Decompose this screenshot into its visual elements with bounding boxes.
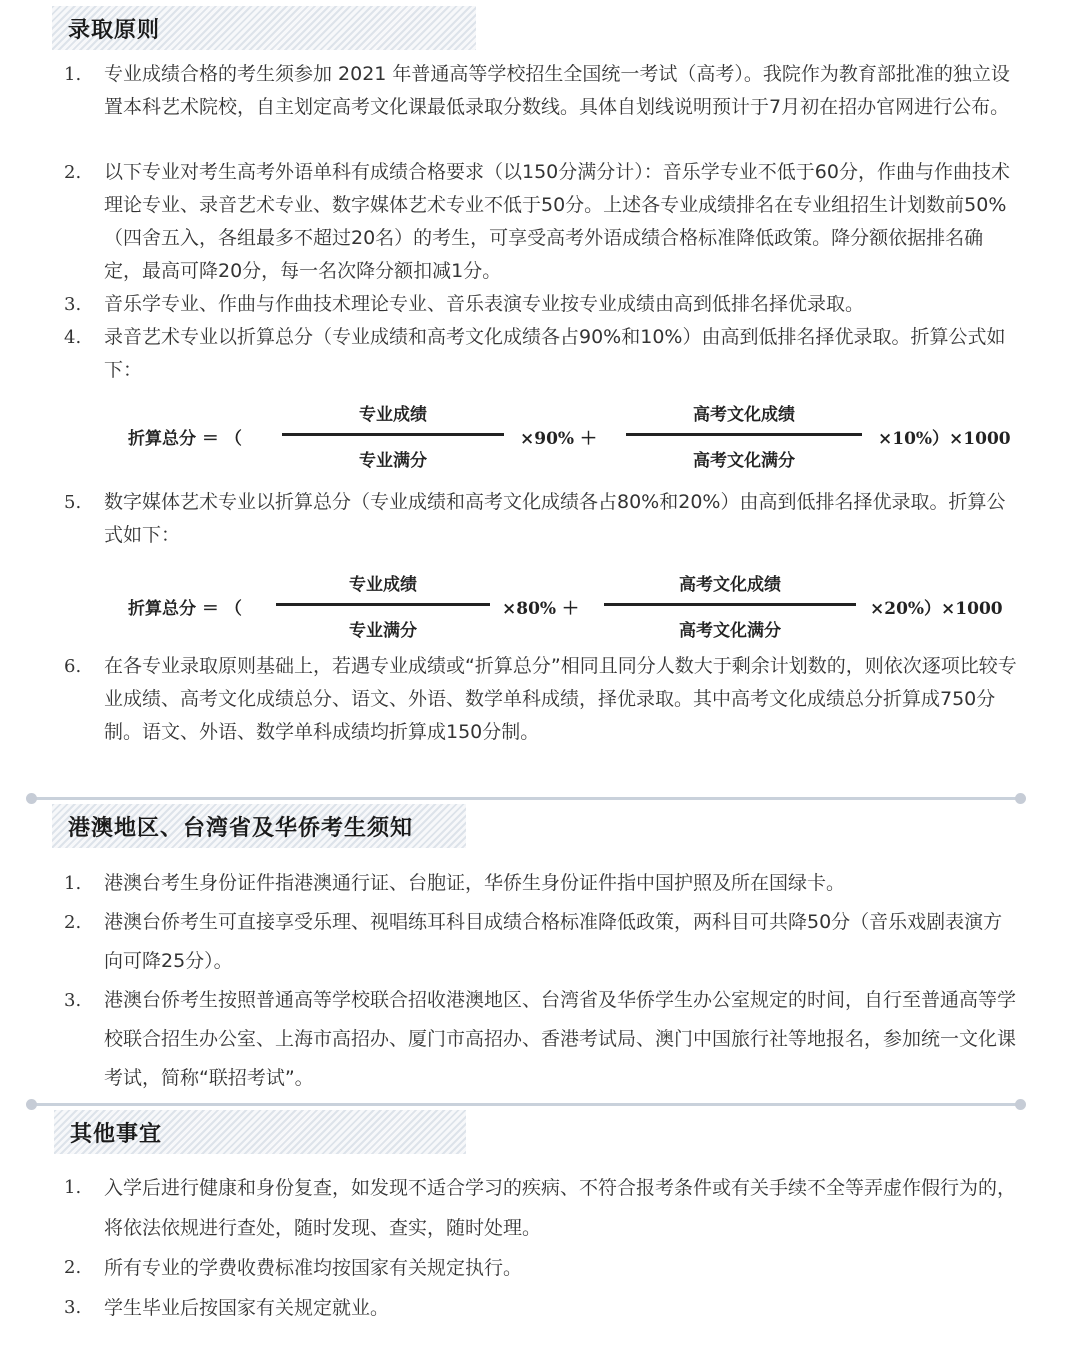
section-title: 录取原则 <box>52 13 160 44</box>
section-header-other-matters: 其他事宜 <box>54 1110 466 1154</box>
formula-operator: ×20%）×1000 <box>870 594 1003 619</box>
section-title: 其他事宜 <box>54 1117 162 1148</box>
item-text: 港澳台侨考生可直接享受乐理、视唱练耳科目成绩合格标准降低政策，两科目可共降50分… <box>104 911 1002 972</box>
fraction-bar <box>626 433 862 436</box>
list-item: 3. 学生毕业后按国家有关规定就业。 <box>64 1288 1020 1328</box>
section-divider <box>30 1103 1022 1106</box>
formula-operator: ×10%）×1000 <box>878 424 1011 449</box>
fraction-denominator: 高考文化满分 <box>604 616 856 641</box>
item-text: 数字媒体艺术专业以折算总分（专业成绩和高考文化成绩各占80%和20%）由高到低排… <box>104 491 1005 546</box>
fraction-denominator: 专业满分 <box>282 446 504 471</box>
item-text: 专业成绩合格的考生须参加 2021 年普通高等学校招生全国统一考试（高考）。我院… <box>104 63 1010 118</box>
formula-lhs: 折算总分 ＝ （ <box>128 424 242 449</box>
list-item: 2. 以下专业对考生高考外语单科有成绩合格要求（以150分满分计）：音乐学专业不… <box>64 156 1020 288</box>
formula-operator: ×80% ＋ <box>502 594 579 619</box>
item-number: 1. <box>64 58 81 91</box>
admission-principles-list: 2. 以下专业对考生高考外语单科有成绩合格要求（以150分满分计）：音乐学专业不… <box>64 156 1020 288</box>
item-text: 录音艺术专业以折算总分（专业成绩和高考文化成绩各占90%和10%）由高到低排名择… <box>104 326 1005 381</box>
list-item: 2. 所有专业的学费收费标准均按国家有关规定执行。 <box>64 1248 1020 1288</box>
formula-lhs: 折算总分 ＝ （ <box>128 594 242 619</box>
item-text: 以下专业对考生高考外语单科有成绩合格要求（以150分满分计）：音乐学专业不低于6… <box>104 161 1010 282</box>
formula-operator: ×90% ＋ <box>520 424 597 449</box>
item-number: 6. <box>64 650 81 683</box>
list-item: 1. 专业成绩合格的考生须参加 2021 年普通高等学校招生全国统一考试（高考）… <box>64 58 1020 124</box>
item-text: 学生毕业后按国家有关规定就业。 <box>104 1297 389 1319</box>
item-number: 3. <box>64 981 81 1020</box>
item-number: 3. <box>64 288 81 321</box>
formula-recording-arts: 折算总分 ＝ （ 专业成绩 专业满分 ×90% ＋ 高考文化成绩 高考文化满分 … <box>128 396 1018 476</box>
item-number: 2. <box>64 1248 81 1288</box>
list-item: 4. 录音艺术专业以折算总分（专业成绩和高考文化成绩各占90%和10%）由高到低… <box>64 321 1020 387</box>
item-text: 港澳台侨考生按照普通高等学校联合招收港澳地区、台湾省及华侨学生办公室规定的时间，… <box>104 989 1016 1089</box>
fraction-bar <box>276 603 490 606</box>
list-item: 3. 港澳台侨考生按照普通高等学校联合招收港澳地区、台湾省及华侨学生办公室规定的… <box>64 981 1020 1098</box>
item-number: 3. <box>64 1288 81 1328</box>
list-item: 5. 数字媒体艺术专业以折算总分（专业成绩和高考文化成绩各占80%和20%）由高… <box>64 486 1020 552</box>
fraction-numerator: 专业成绩 <box>282 400 504 425</box>
item-text: 所有专业的学费收费标准均按国家有关规定执行。 <box>104 1257 522 1279</box>
item-number: 4. <box>64 321 81 354</box>
fraction-denominator: 专业满分 <box>276 616 490 641</box>
fraction-numerator: 专业成绩 <box>276 570 490 595</box>
fraction-numerator: 高考文化成绩 <box>604 570 856 595</box>
fraction-major: 专业成绩 专业满分 <box>282 396 504 476</box>
item-number: 1. <box>64 864 81 903</box>
hk-macao-taiwan-list: 1. 港澳台考生身份证件指港澳通行证、台胞证，华侨生身份证件指中国护照及所在国绿… <box>64 864 1020 1098</box>
fraction-bar <box>604 603 856 606</box>
item-number: 1. <box>64 1168 81 1208</box>
section-header-hk-macao-taiwan: 港澳地区、台湾省及华侨考生须知 <box>52 804 466 848</box>
list-item: 2. 港澳台侨考生可直接享受乐理、视唱练耳科目成绩合格标准降低政策，两科目可共降… <box>64 903 1020 981</box>
admission-principles-list: 3. 音乐学专业、作曲与作曲技术理论专业、音乐表演专业按专业成绩由高到低排名择优… <box>64 288 1020 387</box>
item-text: 入学后进行健康和身份复查，如发现不适合学习的疾病、不符合报考条件或有关手续不全等… <box>104 1177 1016 1239</box>
fraction-denominator: 高考文化满分 <box>626 446 862 471</box>
fraction-major: 专业成绩 专业满分 <box>276 566 490 646</box>
section-header-admission-principles: 录取原则 <box>52 6 476 50</box>
admission-principles-list: 5. 数字媒体艺术专业以折算总分（专业成绩和高考文化成绩各占80%和20%）由高… <box>64 486 1020 552</box>
item-text: 音乐学专业、作曲与作曲技术理论专业、音乐表演专业按专业成绩由高到低排名择优录取。 <box>104 293 864 315</box>
other-matters-list: 1. 入学后进行健康和身份复查，如发现不适合学习的疾病、不符合报考条件或有关手续… <box>64 1168 1020 1328</box>
list-item: 6. 在各专业录取原则基础上，若遇专业成绩或“折算总分”相同且同分人数大于剩余计… <box>64 650 1020 749</box>
list-item: 1. 入学后进行健康和身份复查，如发现不适合学习的疾病、不符合报考条件或有关手续… <box>64 1168 1020 1248</box>
item-text: 港澳台考生身份证件指港澳通行证、台胞证，华侨生身份证件指中国护照及所在国绿卡。 <box>104 872 845 894</box>
fraction-bar <box>282 433 504 436</box>
formula-digital-media: 折算总分 ＝ （ 专业成绩 专业满分 ×80% ＋ 高考文化成绩 高考文化满分 … <box>128 566 1018 646</box>
admission-principles-list: 1. 专业成绩合格的考生须参加 2021 年普通高等学校招生全国统一考试（高考）… <box>64 58 1020 124</box>
item-number: 5. <box>64 486 81 519</box>
list-item: 3. 音乐学专业、作曲与作曲技术理论专业、音乐表演专业按专业成绩由高到低排名择优… <box>64 288 1020 321</box>
fraction-gaokao: 高考文化成绩 高考文化满分 <box>626 396 862 476</box>
item-number: 2. <box>64 156 81 189</box>
admission-principles-list: 6. 在各专业录取原则基础上，若遇专业成绩或“折算总分”相同且同分人数大于剩余计… <box>64 650 1020 749</box>
item-number: 2. <box>64 903 81 942</box>
list-item: 1. 港澳台考生身份证件指港澳通行证、台胞证，华侨生身份证件指中国护照及所在国绿… <box>64 864 1020 903</box>
section-title: 港澳地区、台湾省及华侨考生须知 <box>52 811 413 842</box>
section-divider <box>30 797 1022 800</box>
item-text: 在各专业录取原则基础上，若遇专业成绩或“折算总分”相同且同分人数大于剩余计划数的… <box>104 655 1017 743</box>
fraction-numerator: 高考文化成绩 <box>626 400 862 425</box>
fraction-gaokao: 高考文化成绩 高考文化满分 <box>604 566 856 646</box>
